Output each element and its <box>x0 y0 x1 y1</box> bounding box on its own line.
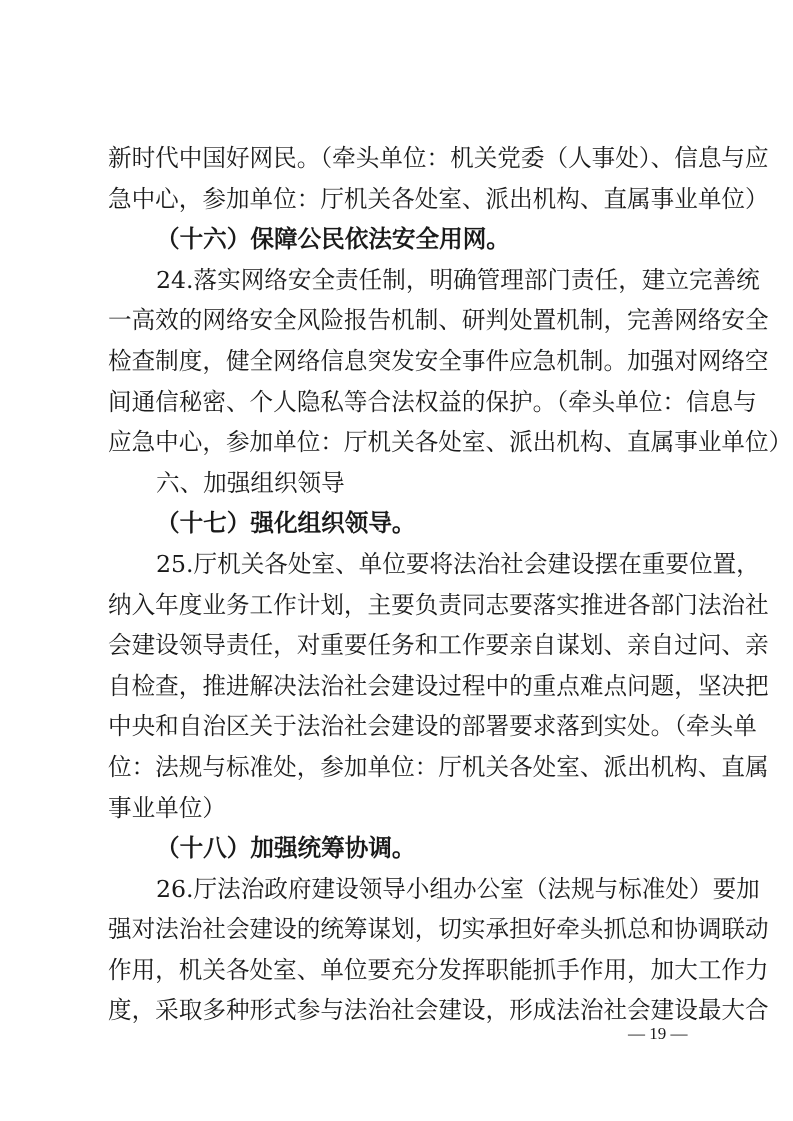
item-24-line: 间通信秘密、个人隐私等合法权益的保护。（牵头单位：信息与 <box>108 382 692 423</box>
document-page: 新时代中国好网民。（牵头单位：机关党委（人事处）、信息与应 急中心，参加单位：厅… <box>108 138 692 1031</box>
part-heading-6: 六、加强组织领导 <box>108 463 692 504</box>
item-25-line: 纳入年度业务工作计划，主要负责同志要落实推进各部门法治社 <box>108 585 692 626</box>
page-number: — 19 — <box>628 1024 688 1044</box>
item-24-line: 一高效的网络安全风险报告机制、研判处置机制，完善网络安全 <box>108 300 692 341</box>
section-heading-18: （十八）加强统筹协调。 <box>108 828 692 869</box>
item-24-line: 检查制度，健全网络信息突发安全事件应急机制。加强对网络空 <box>108 341 692 382</box>
item-26-line: 度，采取多种形式参与法治社会建设，形成法治社会建设最大合 <box>108 990 692 1031</box>
body-line: 新时代中国好网民。（牵头单位：机关党委（人事处）、信息与应 <box>108 138 692 179</box>
item-25-line: 25.厅机关各处室、单位要将法治社会建设摆在重要位置， <box>108 544 692 585</box>
item-25-line: 中央和自治区关于法治社会建设的部署要求落到实处。（牵头单 <box>108 706 692 747</box>
item-25-line: 会建设领导责任，对重要任务和工作要亲自谋划、亲自过问、亲 <box>108 625 692 666</box>
section-heading-17: （十七）强化组织领导。 <box>108 503 692 544</box>
item-25-line: 自检查，推进解决法治社会建设过程中的重点难点问题，坚决把 <box>108 666 692 707</box>
body-line: 急中心，参加单位：厅机关各处室、派出机构、直属事业单位） <box>108 179 692 220</box>
item-26-line: 强对法治社会建设的统筹谋划，切实承担好牵头抓总和协调联动 <box>108 909 692 950</box>
item-25-line: 事业单位） <box>108 788 692 829</box>
item-24-line: 应急中心，参加单位：厅机关各处室、派出机构、直属事业单位） <box>108 422 692 463</box>
item-25-line: 位：法规与标准处，参加单位：厅机关各处室、派出机构、直属 <box>108 747 692 788</box>
item-24-line: 24.落实网络安全责任制，明确管理部门责任，建立完善统 <box>108 260 692 301</box>
item-26-line: 作用，机关各处室、单位要充分发挥职能抓手作用，加大工作力 <box>108 950 692 991</box>
section-heading-16: （十六）保障公民依法安全用网。 <box>108 219 692 260</box>
item-26-line: 26.厅法治政府建设领导小组办公室（法规与标准处）要加 <box>108 869 692 910</box>
